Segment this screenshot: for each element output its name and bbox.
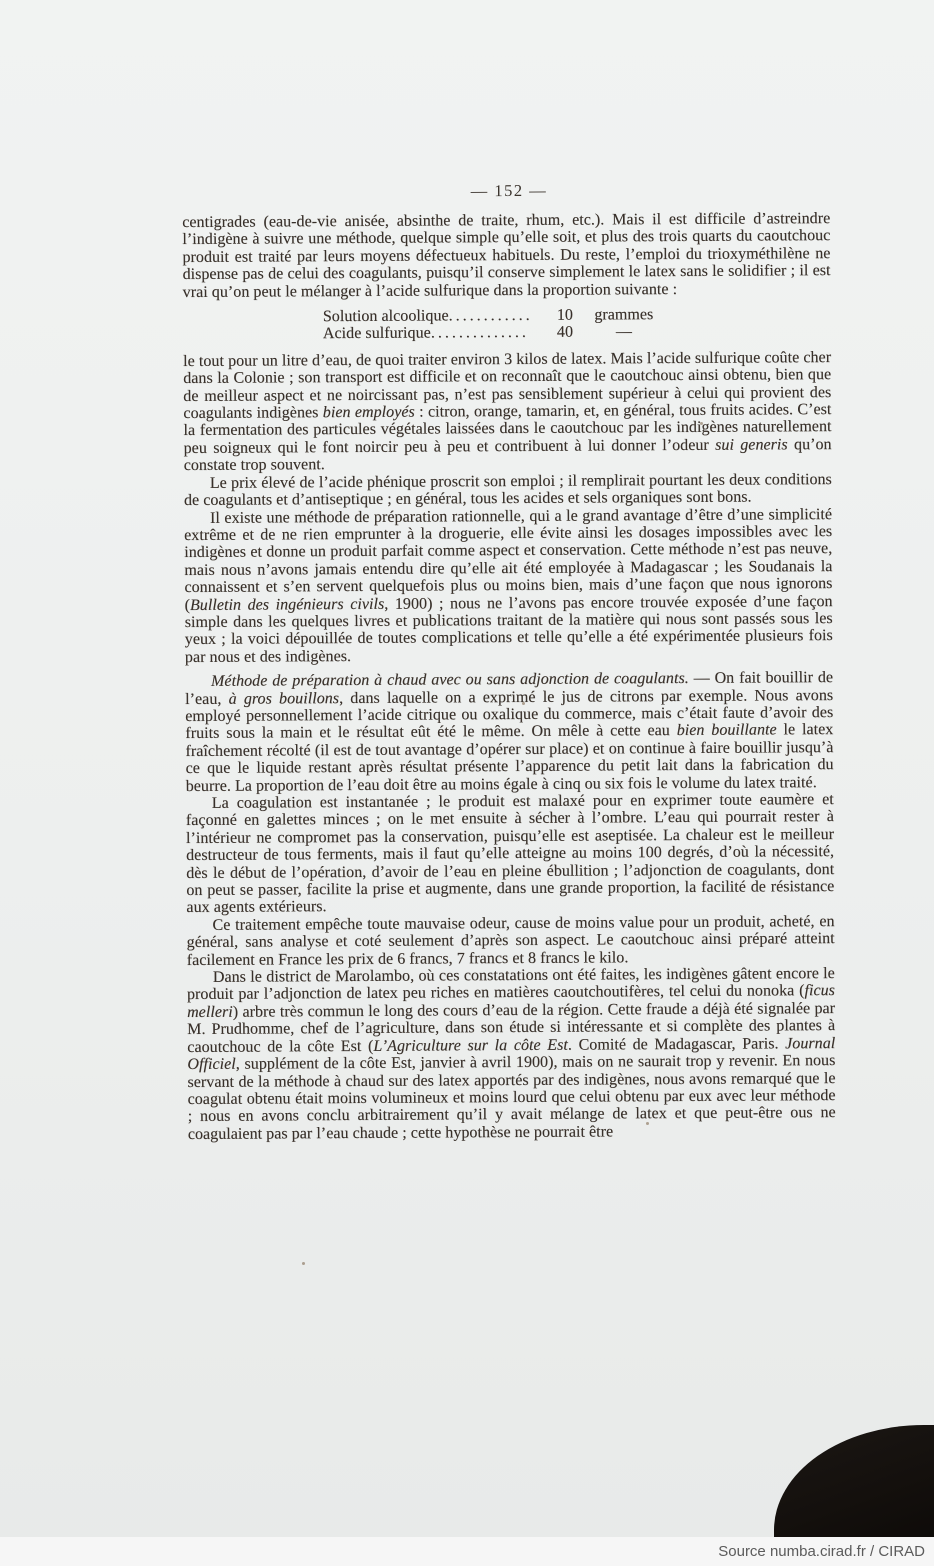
source-attribution-bar: Source numba.cirad.fr / CIRAD bbox=[0, 1537, 934, 1566]
text-run: Le prix élevé de l’acide phénique proscr… bbox=[184, 471, 832, 509]
text-run: Ce traitement empêche toute mauvaise ode… bbox=[187, 913, 835, 969]
text-run: centigrades (eau-de-vie anisée, absinthe… bbox=[182, 210, 830, 301]
measure-table: Solution alcoolique............10grammes… bbox=[323, 305, 831, 343]
page-number: — 152 — bbox=[185, 179, 833, 202]
paragraph: Méthode de préparation à chaud avec ou s… bbox=[185, 669, 834, 795]
foxing-speckle bbox=[302, 1262, 305, 1265]
italic-text-run: L’Agriculture sur la côte Est bbox=[373, 1036, 568, 1054]
italic-text-run: bien bouillante bbox=[677, 722, 777, 740]
paragraph: Dans le district de Marolambo, où ces co… bbox=[187, 965, 836, 1143]
measure-value: 40 bbox=[557, 324, 581, 342]
italic-text-run: Bulletin des ingénieurs civils bbox=[190, 595, 384, 613]
italic-text-run: sui generis bbox=[715, 436, 788, 453]
text-run: La coagulation est instantanée ; le prod… bbox=[186, 791, 835, 916]
measure-label: Solution alcoolique............ bbox=[323, 307, 557, 326]
text-run: , supplément de la côte Est, janvier à a… bbox=[187, 1052, 835, 1143]
page-text-block: centigrades (eau-de-vie anisée, absinthe… bbox=[182, 210, 836, 1143]
paragraph: La coagulation est instantanée ; le prod… bbox=[186, 791, 835, 917]
paragraph: Ce traitement empêche toute mauvaise ode… bbox=[186, 913, 834, 969]
paragraph: Il existe une méthode de préparation rat… bbox=[184, 506, 833, 667]
measure-row: Acide sulfurique..............40— bbox=[323, 322, 831, 343]
measure-unit: — bbox=[581, 323, 667, 341]
italic-text-run: à gros bouillons bbox=[229, 690, 340, 708]
dot-leader: .............. bbox=[431, 324, 529, 342]
paragraph: Le prix élevé de l’acide phénique proscr… bbox=[184, 471, 832, 510]
dark-cloth-background bbox=[774, 1425, 934, 1537]
measure-label: Acide sulfurique.............. bbox=[323, 324, 557, 343]
measure-value: 10 bbox=[557, 307, 581, 325]
paragraph: le tout pour un litre d’eau, de quoi tra… bbox=[183, 349, 832, 475]
measure-unit: grammes bbox=[581, 306, 667, 324]
text-run: . Comité de Madagascar, Paris. bbox=[568, 1035, 785, 1053]
source-attribution-text: Source numba.cirad.fr / CIRAD bbox=[718, 1543, 925, 1560]
italic-text-run: bien employés bbox=[323, 404, 415, 422]
dot-leader: ............ bbox=[449, 307, 533, 325]
text-run: Dans le district de Marolambo, où ces co… bbox=[187, 965, 835, 1003]
paragraph: centigrades (eau-de-vie anisée, absinthe… bbox=[182, 210, 831, 301]
